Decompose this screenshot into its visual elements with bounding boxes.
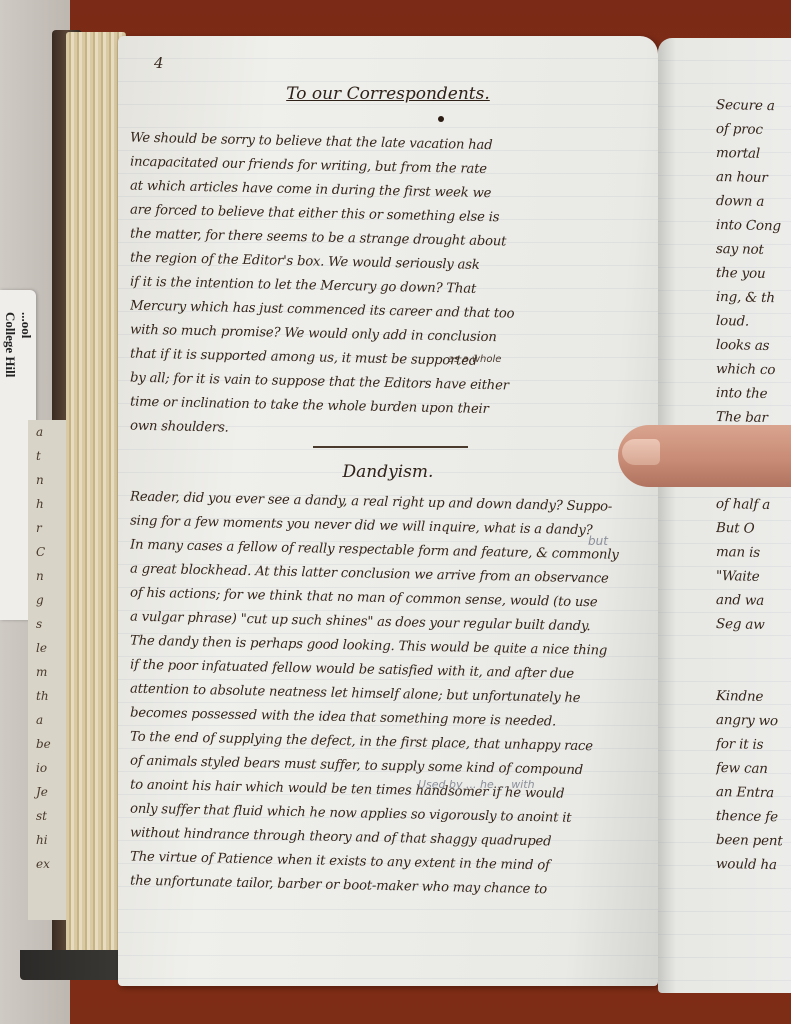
text-line: an Entra (716, 780, 791, 806)
text-line: Kindne (716, 684, 791, 710)
text-line: Secure a (716, 93, 791, 119)
section-title-dandyism: Dandyism. (118, 462, 658, 482)
section-body-correspondents: We should be sorry to believe that the l… (130, 132, 650, 444)
text-line (716, 636, 791, 662)
text-line: into Cong (716, 213, 791, 239)
text-line: an hour (716, 165, 791, 191)
text-line (716, 660, 791, 686)
text-line: of half a (716, 492, 791, 518)
text-line: ing, & th (716, 285, 791, 311)
section-divider (313, 446, 468, 448)
pencil-annotation: but (588, 534, 608, 548)
text-line: man is (716, 540, 791, 566)
text-line: mortal (716, 141, 791, 167)
text-line: the you (716, 261, 791, 287)
text-line: But O (716, 516, 791, 542)
text-line: and wa (716, 588, 791, 614)
text-line: been pent (716, 828, 791, 854)
text-line: "Waite (716, 564, 791, 590)
text-line: angry wo (716, 708, 791, 734)
page-edges (66, 32, 126, 957)
text-line: looks as (716, 333, 791, 359)
right-page-text-top: Secure a of proc mortal an hour down a i… (716, 94, 791, 454)
right-manuscript-page: Secure a of proc mortal an hour down a i… (658, 38, 791, 993)
text-line: which co (716, 357, 791, 383)
text-line: loud. (716, 309, 791, 335)
fingernail (622, 439, 660, 465)
pointing-finger (618, 425, 791, 487)
text-line: for it is (716, 732, 791, 758)
right-page-text-bottom: of half a But O man is "Waite and wa Seg… (716, 493, 791, 877)
shelf-label-line: "Mercury", 1850 (0, 312, 2, 602)
section-title-correspondents: To our Correspondents. (118, 84, 658, 104)
ink-blot (438, 116, 444, 122)
interlinear-insertion: as a whole (448, 354, 501, 365)
text-line: few can (716, 756, 791, 782)
page-number: 4 (154, 54, 164, 72)
text-line: Seg aw (716, 612, 791, 638)
text-line: of proc (716, 117, 791, 143)
text-line: thence fe (716, 804, 791, 830)
text-line: would ha (716, 852, 791, 878)
text-line: down a (716, 189, 791, 215)
text-line: say not (716, 237, 791, 263)
pencil-annotation: Used by ... he ... with (418, 778, 535, 791)
section-body-dandyism: Reader, did you ever see a dandy, a real… (130, 491, 650, 899)
text-line: into the (716, 381, 791, 407)
shelf-label-line: College Hill (2, 312, 18, 602)
left-manuscript-page: 4 To our Correspondents. We should be so… (118, 36, 658, 986)
